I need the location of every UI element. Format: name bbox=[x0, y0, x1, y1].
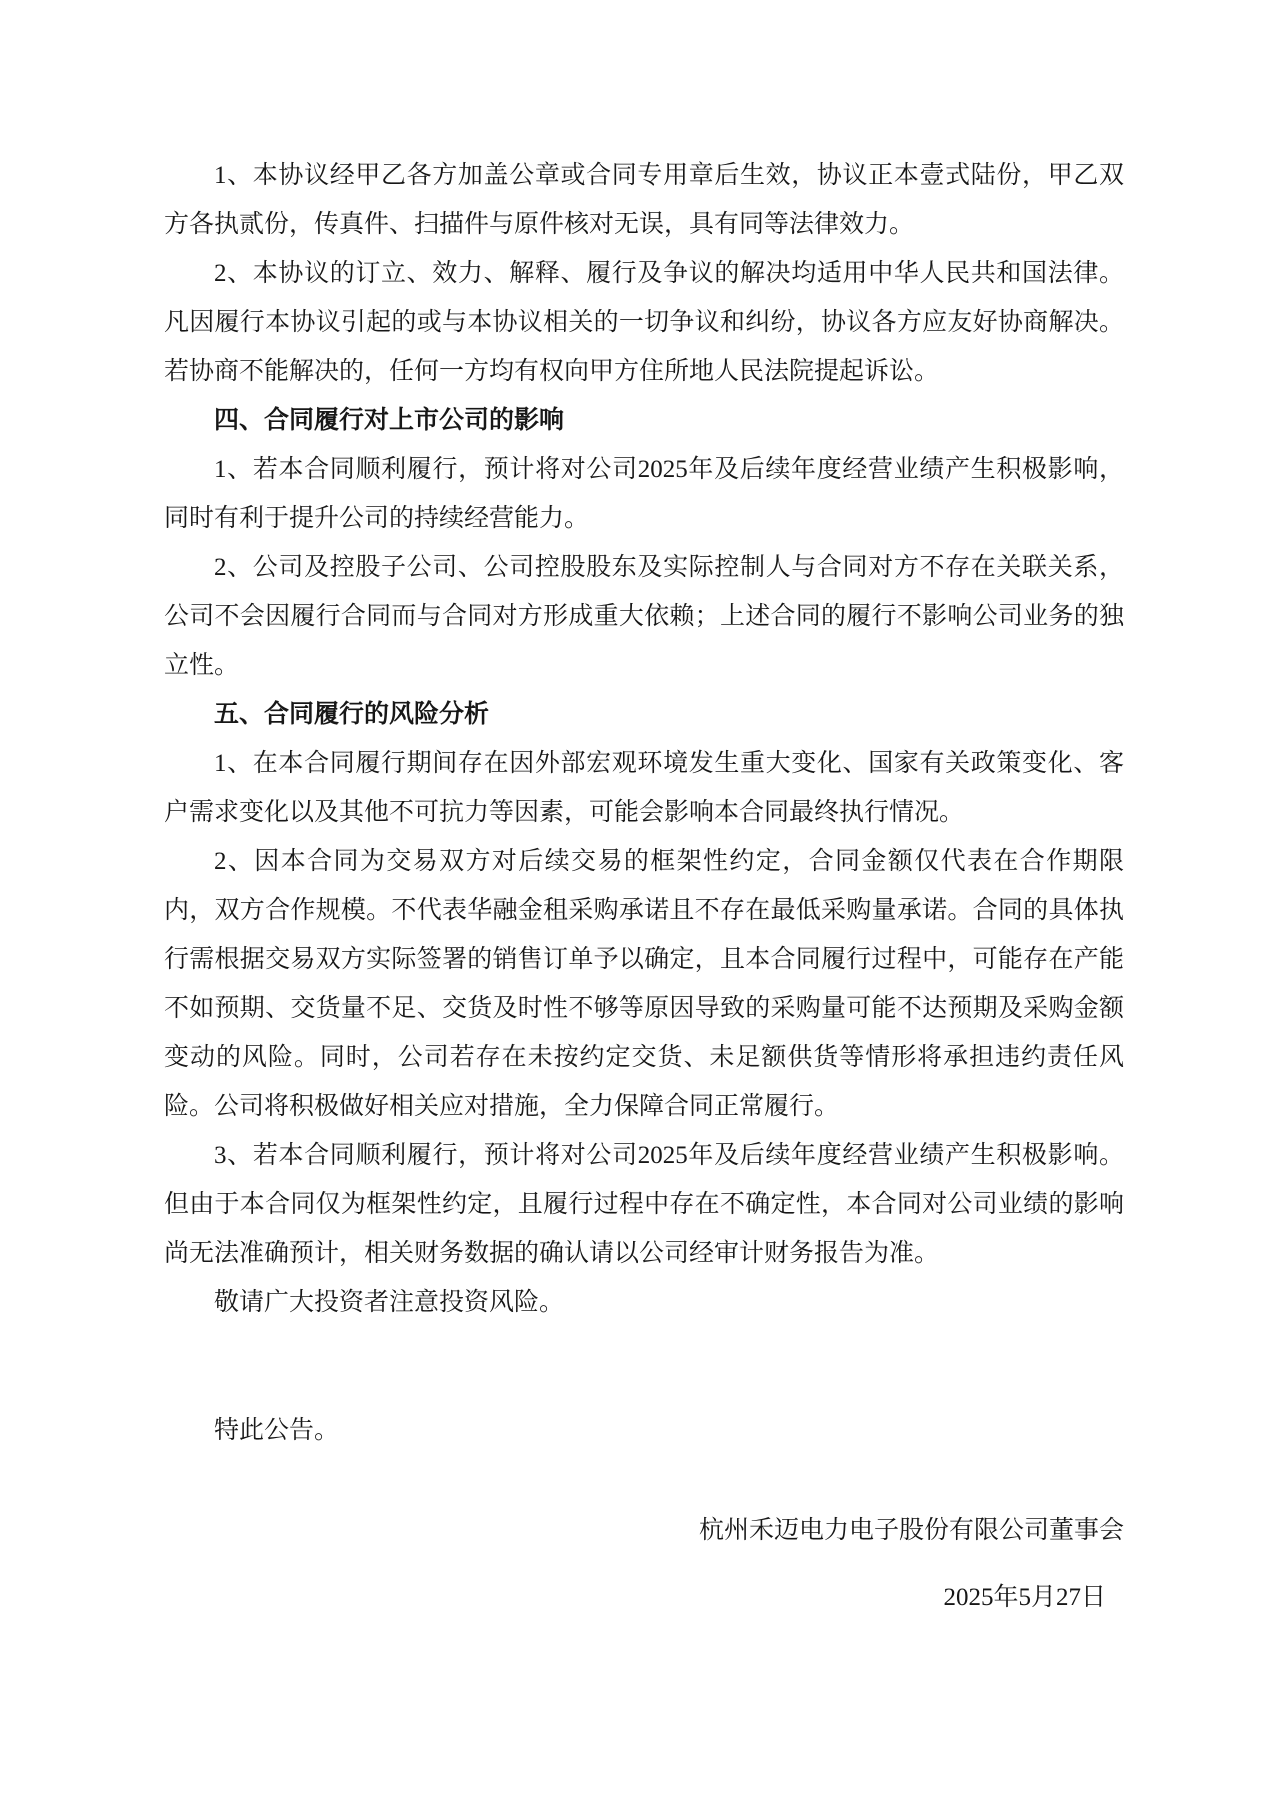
signature-date: 2025年5月27日 bbox=[164, 1573, 1124, 1622]
clause-impact-performance: 1、若本合同顺利履行，预计将对公司2025年及后续年度经营业绩产生积极影响，同时… bbox=[164, 445, 1124, 543]
closing-statement: 特此公告。 bbox=[164, 1406, 1124, 1455]
clause-risk-performance-uncertainty: 3、若本合同顺利履行，预计将对公司2025年及后续年度经营业绩产生积极影响。但由… bbox=[164, 1131, 1124, 1278]
clause-risk-external-environment: 1、在本合同履行期间存在因外部宏观环境发生重大变化、国家有关政策变化、客户需求变… bbox=[164, 739, 1124, 837]
clause-governing-law: 2、本协议的订立、效力、解释、履行及争议的解决均适用中华人民共和国法律。凡因履行… bbox=[164, 249, 1124, 396]
investor-risk-notice: 敬请广大投资者注意投资风险。 bbox=[164, 1278, 1124, 1327]
signature-company-board: 杭州禾迈电力电子股份有限公司董事会 bbox=[164, 1506, 1124, 1555]
clause-impact-independence: 2、公司及控股子公司、公司控股股东及实际控制人与合同对方不存在关联关系，公司不会… bbox=[164, 543, 1124, 690]
clause-agreement-effectiveness: 1、本协议经甲乙各方加盖公章或合同专用章后生效，协议正本壹式陆份，甲乙双方各执贰… bbox=[164, 151, 1124, 249]
clause-risk-framework-agreement: 2、因本合同为交易双方对后续交易的框架性约定，合同金额仅代表在合作期限内，双方合… bbox=[164, 837, 1124, 1131]
section-heading-impact-on-listed-company: 四、合同履行对上市公司的影响 bbox=[164, 396, 1124, 445]
announcement-page: 1、本协议经甲乙各方加盖公章或合同专用章后生效，协议正本壹式陆份，甲乙双方各执贰… bbox=[0, 0, 1280, 1809]
section-heading-risk-analysis: 五、合同履行的风险分析 bbox=[164, 690, 1124, 739]
